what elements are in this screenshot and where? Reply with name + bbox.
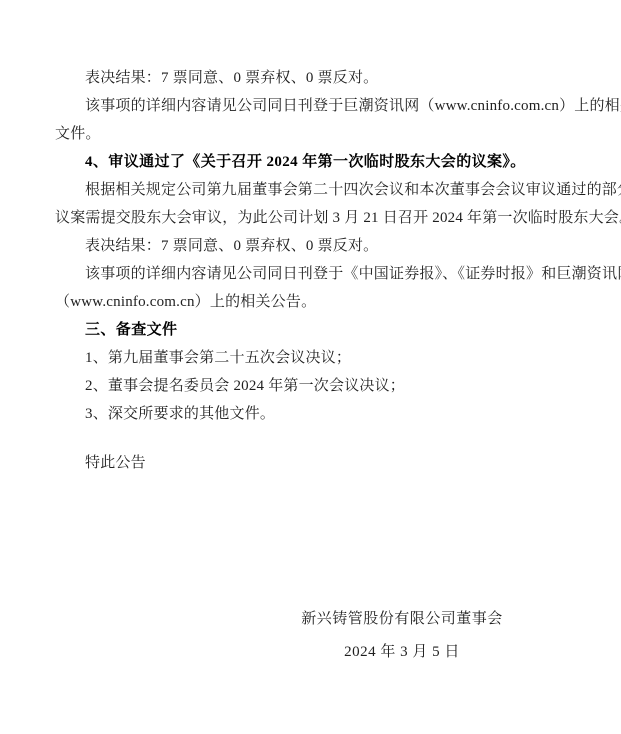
reference-doc-item-2: 2、董事会提名委员会 2024 年第一次会议决议； xyxy=(55,372,567,400)
disclosure-note-1-line-2: 文件。 xyxy=(55,120,567,148)
closing-statement: 特此公告 xyxy=(55,449,567,477)
vote-result-line-2: 表决结果：7 票同意、0 票弃权、0 票反对。 xyxy=(55,232,567,260)
reference-doc-item-3: 3、深交所要求的其他文件。 xyxy=(55,400,567,428)
signature-date: 2024 年 3 月 5 日 xyxy=(262,638,542,666)
section-3-heading: 三、备查文件 xyxy=(55,316,567,344)
disclosure-note-1-line-1: 该事项的详细内容请见公司同日刊登于巨潮资讯网（www.cninfo.com.cn… xyxy=(55,92,567,120)
disclosure-note-2-line-1: 该事项的详细内容请见公司同日刊登于《中国证券报》、《证券时报》和巨潮资讯网 xyxy=(55,260,567,288)
document-body: 表决结果：7 票同意、0 票弃权、0 票反对。 该事项的详细内容请见公司同日刊登… xyxy=(55,64,567,477)
reference-doc-item-1: 1、第九届董事会第二十五次会议决议； xyxy=(55,344,567,372)
signature-block: 新兴铸管股份有限公司董事会 2024 年 3 月 5 日 xyxy=(262,605,542,666)
vote-result-line-1: 表决结果：7 票同意、0 票弃权、0 票反对。 xyxy=(55,64,567,92)
resolution-4-heading: 4、审议通过了《关于召开 2024 年第一次临时股东大会的议案》。 xyxy=(55,148,567,176)
resolution-4-body-line-1: 根据相关规定公司第九届董事会第二十四次会议和本次董事会会议审议通过的部分 xyxy=(55,176,567,204)
signature-company: 新兴铸管股份有限公司董事会 xyxy=(262,605,542,633)
disclosure-note-2-line-2: （www.cninfo.com.cn）上的相关公告。 xyxy=(55,288,567,316)
document-page: 表决结果：7 票同意、0 票弃权、0 票反对。 该事项的详细内容请见公司同日刊登… xyxy=(0,0,621,734)
resolution-4-body-line-2: 议案需提交股东大会审议，为此公司计划 3 月 21 日召开 2024 年第一次临… xyxy=(55,204,567,232)
